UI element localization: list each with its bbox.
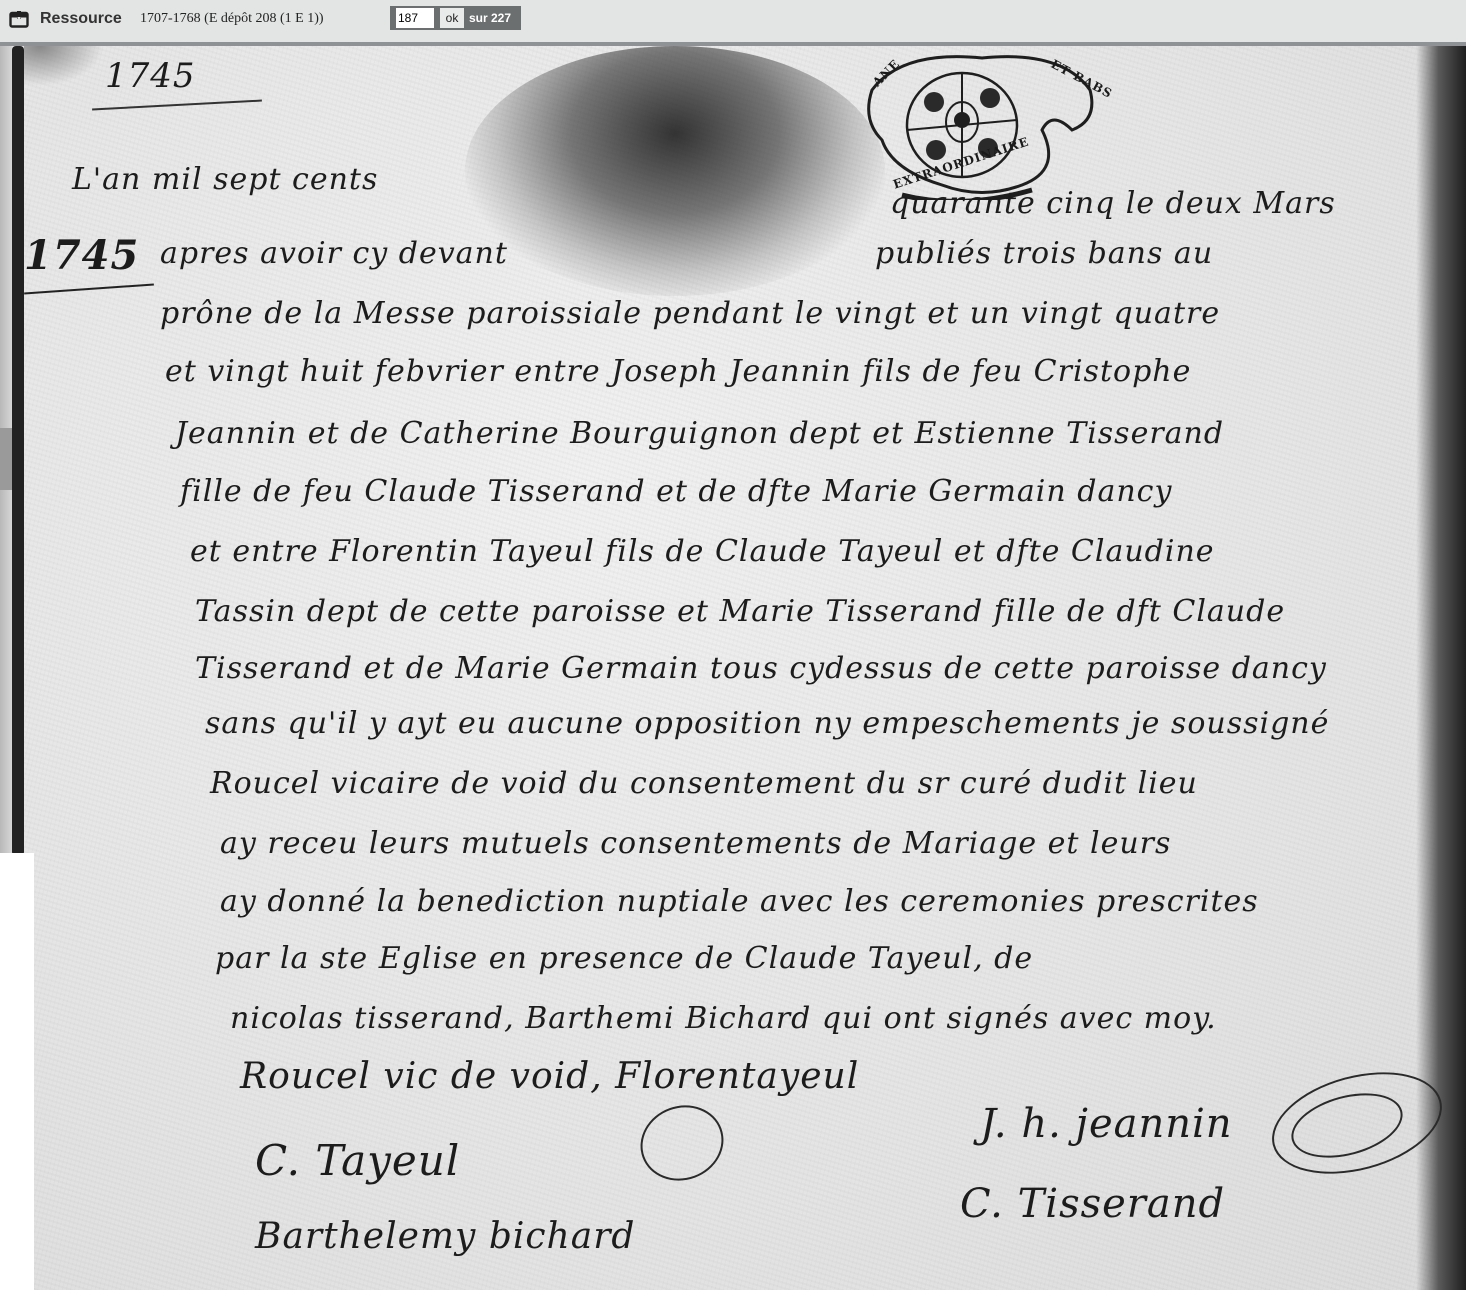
handwritten-line: sans qu'il y ayt eu aucune opposition ny… — [205, 706, 1329, 741]
page-shadow — [24, 46, 104, 86]
handwritten-line: L'an mil sept cents — [72, 162, 378, 197]
handwritten-line: et entre Florentin Tayeul fils de Claude… — [190, 534, 1215, 569]
handwritten-line: Tisserand et de Marie Germain tous cydes… — [195, 651, 1327, 686]
go-to-page-button[interactable]: ok — [440, 8, 464, 28]
year-heading: 1745 — [105, 56, 196, 96]
viewer-background — [0, 853, 34, 1290]
margin-rule — [12, 46, 24, 856]
resource-title: 1707-1768 (E dépôt 208 (1 E 1)) — [140, 10, 324, 28]
handwritten-line: nicolas tisserand, Barthemi Bichard qui … — [230, 1001, 1217, 1036]
handwritten-line: apres avoir cy devant — [160, 236, 508, 271]
handwritten-line: ay receu leurs mutuels consentements de … — [220, 826, 1171, 861]
signature: J. h. jeannin — [980, 1101, 1233, 1147]
signature: C. Tayeul — [255, 1136, 460, 1185]
handwritten-line: prône de la Messe paroissiale pendant le… — [160, 296, 1220, 331]
document-viewer[interactable]: ET BABS ANE EXTRAORDINAIRE 1745 1745 L'a… — [0, 46, 1466, 1290]
signature: C. Tisserand — [960, 1181, 1225, 1227]
handwritten-line: Jeannin et de Catherine Bourguignon dept… — [175, 416, 1224, 451]
handwritten-line: Roucel vicaire de void du consentement d… — [210, 766, 1198, 801]
handwritten-line: Tassin dept de cette paroisse et Marie T… — [195, 594, 1285, 629]
margin-year: 1745 — [24, 232, 139, 279]
ink-stamp — [465, 46, 885, 296]
viewer-toolbar: Ressource 1707-1768 (E dépôt 208 (1 E 1)… — [0, 0, 1466, 46]
page-total: sur 227 — [469, 9, 511, 27]
archive-box-icon — [9, 10, 29, 28]
page-number-input[interactable] — [396, 8, 434, 28]
handwritten-line: ay donné la benediction nuptiale avec le… — [220, 884, 1259, 919]
handwritten-line: quarante cinq le deux Mars — [890, 186, 1336, 221]
signature: Roucel vic de void, Florentayeul — [240, 1056, 859, 1097]
resource-label: Ressource — [40, 9, 122, 29]
handwritten-line: publiés trois bans au — [875, 236, 1213, 271]
page-navigator: ok sur 227 — [390, 6, 521, 30]
handwritten-line: fille de feu Claude Tisserand et de dfte… — [180, 474, 1172, 509]
scanned-page-image[interactable]: ET BABS ANE EXTRAORDINAIRE 1745 1745 L'a… — [0, 46, 1466, 1290]
signature: Barthelemy bichard — [255, 1216, 635, 1257]
page-shadow — [0, 428, 12, 490]
handwritten-line: par la ste Eglise en presence de Claude … — [215, 941, 1033, 976]
handwritten-line: et vingt huit febvrier entre Joseph Jean… — [165, 354, 1191, 389]
